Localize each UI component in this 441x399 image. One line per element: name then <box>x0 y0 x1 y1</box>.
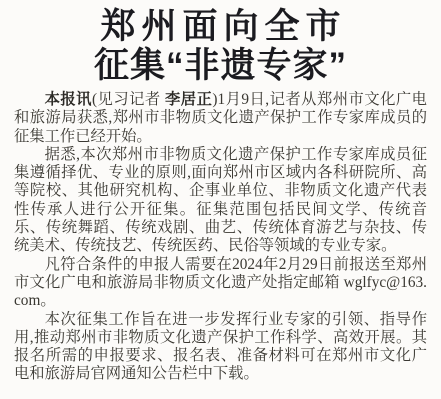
article-headline: 郑州面向全市 征集“非遗专家” <box>0 0 441 86</box>
paragraph-deadline-email: 凡符合条件的申报人需要在2024年2月29日前报送至郑州市文化广电和旅游局非物质… <box>14 256 427 311</box>
byline-lead: 本报讯 <box>45 91 92 108</box>
headline-line-1: 郑州面向全市 <box>0 7 441 46</box>
reporter-name: 李居正 <box>165 91 212 108</box>
article-body: 本报讯(见习记者 李居正)1月9日,记者从郑州市文化广电和旅游局获悉,郑州市非物… <box>14 91 427 384</box>
paragraph-purpose-download: 本次征集工作旨在进一步发挥行业专家的引领、指导作用,推动郑州市非物质文化遗产保护… <box>14 311 427 384</box>
paragraph-byline: 本报讯(见习记者 李居正)1月9日,记者从郑州市文化广电和旅游局获悉,郑州市非物… <box>14 91 427 146</box>
paragraph-scope: 据悉,本次郑州市非物质文化遗产保护工作专家库成员征集遵循择优、专业的原则,面向郑… <box>14 146 427 256</box>
byline-open: (见习记者 <box>92 91 165 108</box>
headline-line-2: 征集“非遗专家” <box>0 46 441 85</box>
newspaper-clipping: 郑州面向全市 征集“非遗专家” 本报讯(见习记者 李居正)1月9日,记者从郑州市… <box>0 0 441 399</box>
